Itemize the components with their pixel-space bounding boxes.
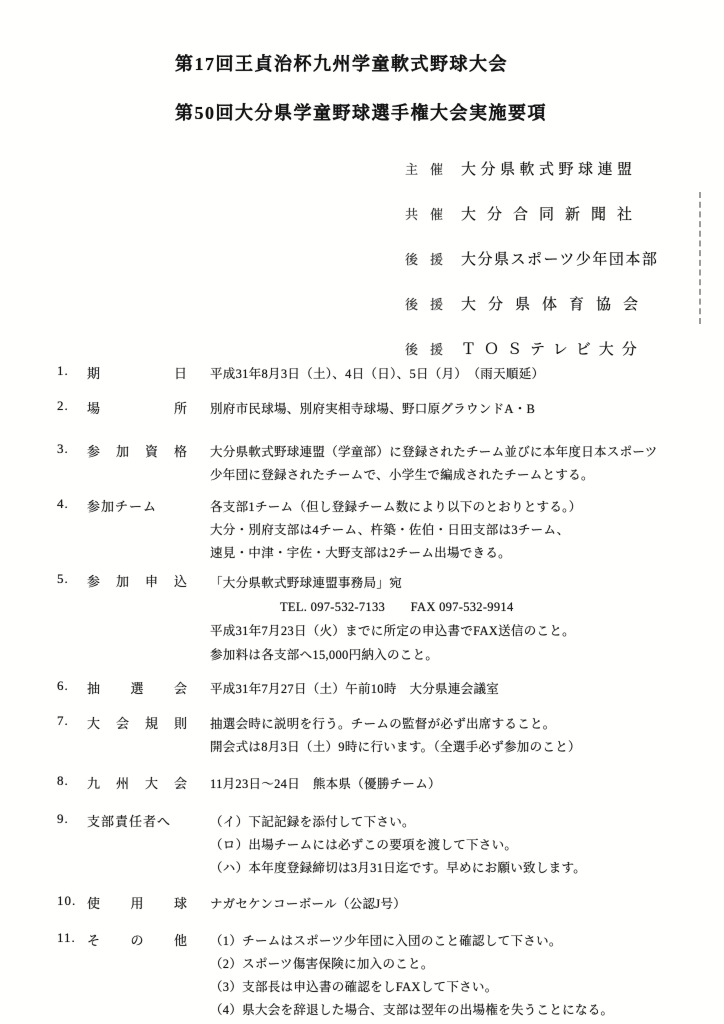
section-branch-managers: 9. 支部責任者へ （イ）下記記録を添付して下さい。 （ロ）出場チームには必ずこ…: [57, 811, 682, 880]
section-number: 8.: [57, 773, 87, 792]
section-line: 参加料は各支部へ15,000円納入のこと。: [210, 643, 682, 667]
section-number: 9.: [57, 811, 87, 830]
section-number: 3.: [57, 441, 87, 460]
section-line: ナガセケンコーボール（公認J号）: [210, 893, 682, 916]
section-number: 10.: [57, 893, 87, 912]
section-number: 5.: [57, 571, 87, 590]
scan-artifact-dashes: [699, 192, 701, 324]
section-label: 期日: [87, 363, 187, 382]
section-line: 開会式は8月3日（土）9時に行います。（全選手必ず参加のこと）: [210, 736, 682, 759]
section-label: 参加チーム: [87, 496, 187, 515]
section-line: 各支部1チーム（但し登録チーム数により以下のとおりとする。）: [210, 496, 682, 519]
section-number: 4.: [57, 496, 87, 515]
section-line: （イ）下記記録を添付して下さい。: [210, 811, 682, 834]
section-label: 支部責任者へ: [87, 811, 187, 830]
section-label: 参加申込: [87, 571, 187, 590]
section-line: 平成31年7月27日（土）午前10時 大分県連会議室: [210, 678, 682, 701]
organizer-role: 共催: [405, 204, 443, 223]
section-number: 2.: [57, 398, 87, 417]
organizer-role: 後援: [405, 249, 443, 268]
section-label: 大会規則: [87, 713, 187, 732]
section-line: 少年団に登録されたチームで、小学生で編成されたチームとする。: [210, 464, 682, 487]
doc-title-line2: 第50回大分県学童野球選手権大会実施要項: [175, 99, 547, 125]
organizer-name: ＴＯＳテレビ大分: [461, 338, 645, 359]
section-teams: 4. 参加チーム 各支部1チーム（但し登録チーム数により以下のとおりとする。） …: [57, 496, 682, 565]
section-eligibility: 3. 参加資格 大分県軟式野球連盟（学童部）に登録されたチーム並びに本年度日本ス…: [57, 441, 682, 487]
organizer-name: 大分合同新聞社: [461, 203, 643, 224]
section-lottery: 6. 抽選会 平成31年7月27日（土）午前10時 大分県連会議室: [57, 678, 682, 701]
section-label: 使用球: [87, 893, 187, 912]
section-label: 場所: [87, 398, 187, 417]
organizer-name: 大分県軟式野球連盟: [461, 158, 637, 179]
organizer-role: 後援: [405, 339, 443, 358]
section-line: （ハ）本年度登録締切は3月31日迄です。早めにお願い致します。: [210, 857, 682, 880]
section-number: 1.: [57, 363, 87, 382]
section-line: 大分県軟式野球連盟（学童部）に登録されたチーム並びに本年度日本スポーツ: [210, 441, 682, 464]
section-line: （1）チームはスポーツ少年団に入団のこと確認して下さい。: [210, 930, 682, 953]
section-line: 速見・中津・宇佐・大野支部は2チーム出場できる。: [210, 542, 682, 565]
section-label: 抽選会: [87, 678, 187, 697]
scanned-document-page: 第17回王貞治杯九州学童軟式野球大会 第50回大分県学童野球選手権大会実施要項 …: [0, 0, 724, 1024]
organizers-block: 主催 大分県軟式野球連盟 共催 大分合同新聞社 後援 大分県スポーツ少年団本部 …: [405, 158, 658, 383]
section-line: （ロ）出場チームには必ずこの要項を渡して下さい。: [210, 834, 682, 857]
organizer-name: 大分県スポーツ少年団本部: [461, 248, 658, 269]
section-line: （3）支部長は申込書の確認をしFAXして下さい。: [210, 976, 682, 999]
section-venue: 2. 場所 別府市民球場、別府実相寺球場、野口原グラウンドA・B: [57, 398, 682, 421]
section-other: 11. その他 （1）チームはスポーツ少年団に入団のこと確認して下さい。 （2）…: [57, 930, 682, 1022]
section-label: その他: [87, 930, 187, 949]
section-line: （2）スポーツ傷害保険に加入のこと。: [210, 953, 682, 976]
organizer-row: 主催 大分県軟式野球連盟: [405, 158, 658, 176]
section-line: 平成31年7月23日（火）までに所定の申込書でFAX送信のこと。: [210, 619, 682, 643]
section-line: 平成31年8月3日（土）、4日（日）、5日（月） （雨天順延）: [210, 363, 682, 386]
organizer-role: 後援: [405, 294, 443, 313]
section-application: 5. 参加申込 「大分県軟式野球連盟事務局」宛 TEL. 097-532-713…: [57, 571, 682, 667]
section-line: 「大分県軟式野球連盟事務局」宛: [210, 571, 682, 595]
section-kyushu-tournament: 8. 九州大会 11月23日～24日 熊本県（優勝チーム）: [57, 773, 682, 796]
section-number: 7.: [57, 713, 87, 732]
organizer-row: 後援 大分県体育協会: [405, 293, 658, 311]
doc-title-line1: 第17回王貞治杯九州学童軟式野球大会: [175, 50, 508, 76]
section-line: 別府市民球場、別府実相寺球場、野口原グラウンドA・B: [210, 398, 682, 421]
section-line: （4）県大会を辞退した場合、支部は翌年の出場権を失うことになる。: [210, 999, 682, 1022]
organizer-row: 後援 大分県スポーツ少年団本部: [405, 248, 658, 266]
organizer-role: 主催: [405, 159, 443, 178]
section-number: 11.: [57, 930, 87, 949]
section-line: 抽選会時に説明を行う。チームの監督が必ず出席すること。: [210, 713, 682, 736]
section-number: 6.: [57, 678, 87, 697]
organizer-row: 後援 ＴＯＳテレビ大分: [405, 338, 658, 356]
section-rules: 7. 大会規則 抽選会時に説明を行う。チームの監督が必ず出席すること。 開会式は…: [57, 713, 682, 759]
section-line: 11月23日～24日 熊本県（優勝チーム）: [210, 773, 682, 796]
organizer-row: 共催 大分合同新聞社: [405, 203, 658, 221]
section-line-tel-fax: TEL. 097-532-7133 FAX 097-532-9914: [280, 595, 682, 619]
section-label: 九州大会: [87, 773, 187, 792]
section-date: 1. 期日 平成31年8月3日（土）、4日（日）、5日（月） （雨天順延）: [57, 363, 682, 386]
organizer-name: 大分県体育協会: [461, 293, 650, 314]
section-line: 大分・別府支部は4チーム、杵築・佐伯・日田支部は3チーム、: [210, 519, 682, 542]
section-official-ball: 10. 使用球 ナガセケンコーボール（公認J号）: [57, 893, 682, 916]
section-label: 参加資格: [87, 441, 187, 460]
